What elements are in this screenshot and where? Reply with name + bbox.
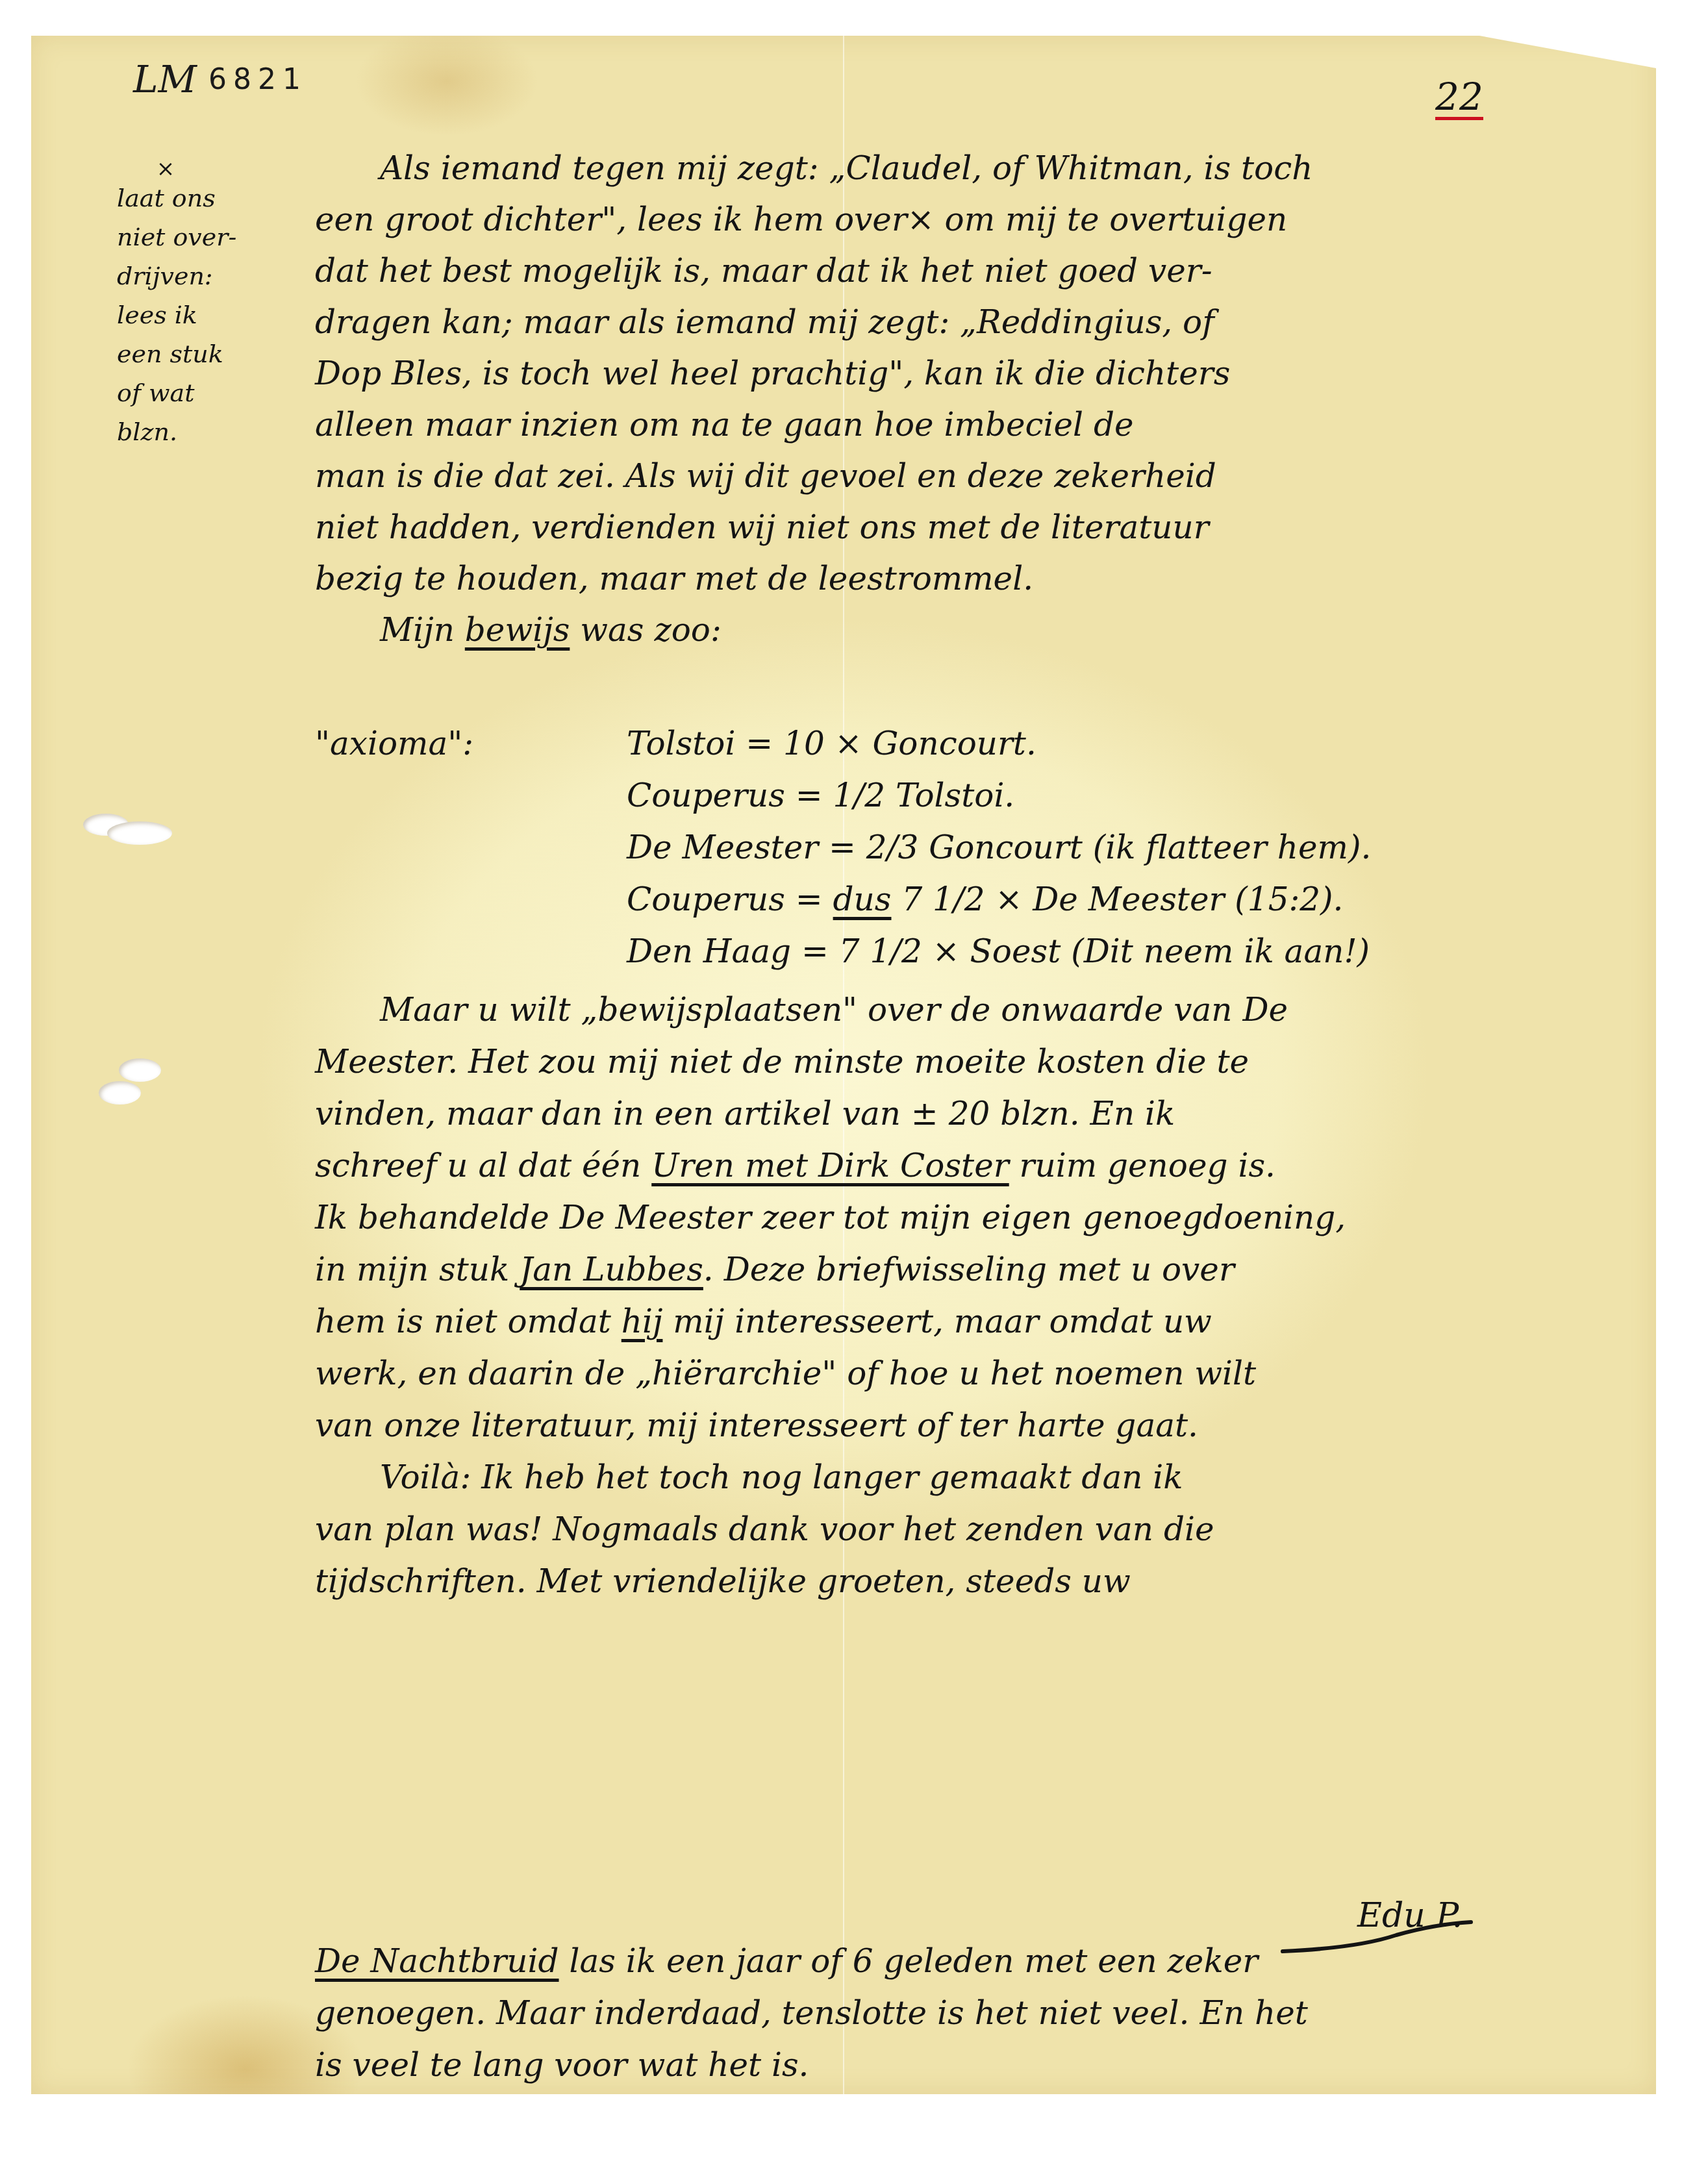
text-fragment: . Deze briefwisseling met u over bbox=[703, 1251, 1235, 1288]
text-fragment: 7 1/2 × De Meester (15:2). bbox=[891, 881, 1343, 918]
proof-intro: Mijn bewijs was zoo: bbox=[315, 605, 1614, 656]
punch-hole bbox=[107, 821, 172, 845]
text-line: werk, en daarin de „hiërarchie" of hoe u… bbox=[315, 1347, 1614, 1399]
text-line: Dop Bles, is toch wel heel prachtig", ka… bbox=[315, 348, 1614, 399]
equation-label bbox=[315, 925, 627, 977]
margin-line: lees ik bbox=[117, 295, 214, 334]
text-fragment: las ik een jaar of 6 geleden met een zek… bbox=[559, 1942, 1259, 1980]
text-line: Maar u wilt „bewijsplaatsen" over de onw… bbox=[315, 984, 1614, 1036]
axiom-equations: "axioma":Tolstoi = 10 × Goncourt. Couper… bbox=[315, 718, 1371, 977]
equation-label bbox=[315, 769, 627, 821]
text-fragment: Couperus = bbox=[627, 881, 833, 918]
equation-row: "axioma":Tolstoi = 10 × Goncourt. bbox=[315, 718, 1371, 769]
text-line: is veel te lang voor wat het is. bbox=[315, 2039, 1614, 2091]
text-fragment: Mijn bbox=[380, 611, 465, 649]
text-line: bezig te houden, maar met de leestrommel… bbox=[315, 553, 1614, 605]
equation: Den Haag = 7 1/2 × Soest (Dit neem ik aa… bbox=[627, 925, 1370, 977]
text-line: alleen maar inzien om na te gaan hoe imb… bbox=[315, 399, 1614, 451]
equation: Couperus = dus 7 1/2 × De Meester (15:2)… bbox=[627, 873, 1344, 925]
text-line: dragen kan; maar als iemand mij zegt: „R… bbox=[315, 297, 1614, 348]
text-line: genoegen. Maar inderdaad, tenslotte is h… bbox=[315, 1987, 1614, 2039]
margin-line: een stuk bbox=[117, 334, 214, 373]
text-line: niet hadden, verdienden wij niet ons met… bbox=[315, 502, 1614, 553]
text-fragment: was zoo: bbox=[570, 611, 721, 649]
margin-note: × laat ons niet over- drijven: lees ik e… bbox=[117, 159, 214, 451]
text-line: man is die dat zei. Als wij dit gevoel e… bbox=[315, 451, 1614, 502]
punch-hole bbox=[99, 1081, 141, 1105]
paragraph-1: Als iemand tegen mij zegt: „Claudel, of … bbox=[315, 143, 1614, 656]
text-line: Als iemand tegen mij zegt: „Claudel, of … bbox=[315, 143, 1614, 194]
text-line: De Nachtbruid las ik een jaar of 6 geled… bbox=[315, 1935, 1614, 1987]
margin-line: laat ons bbox=[117, 179, 214, 218]
equation-label bbox=[315, 873, 627, 925]
book-title: De Nachtbruid bbox=[315, 1942, 559, 1980]
equation-label bbox=[315, 821, 627, 873]
margin-line: niet over- bbox=[117, 218, 214, 256]
equation-label: "axioma": bbox=[315, 718, 627, 769]
page-number: 22 bbox=[1435, 78, 1483, 120]
margin-line: blzn. bbox=[117, 412, 214, 451]
archive-number: 6821 bbox=[208, 63, 307, 96]
text-line: tijdschriften. Met vriendelijke groeten,… bbox=[315, 1555, 1614, 1607]
margin-line: of wat bbox=[117, 373, 214, 412]
text-line: Ik behandelde De Meester zeer tot mijn e… bbox=[315, 1192, 1614, 1244]
text-line: schreef u al dat één Uren met Dirk Coste… bbox=[315, 1140, 1614, 1192]
book-title: Uren met Dirk Coster bbox=[651, 1147, 1009, 1184]
text-line: Meester. Het zou mij niet de minste moei… bbox=[315, 1036, 1614, 1088]
footnote-marker-icon: × bbox=[117, 159, 214, 179]
paragraph-2-3: Maar u wilt „bewijsplaatsen" over de onw… bbox=[315, 984, 1614, 1607]
text-line: een groot dichter", lees ik hem over× om… bbox=[315, 194, 1614, 245]
text-fragment: schreef u al dat één bbox=[315, 1147, 651, 1184]
text-line: Voilà: Ik heb het toch nog langer gemaak… bbox=[315, 1451, 1614, 1503]
equation-row: Couperus = 1/2 Tolstoi. bbox=[315, 769, 1371, 821]
text-fragment: mij interesseert, maar omdat uw bbox=[662, 1303, 1211, 1340]
lion-monogram-icon: LM bbox=[133, 57, 197, 101]
equation: Tolstoi = 10 × Goncourt. bbox=[627, 718, 1036, 769]
equation-row: De Meester = 2/3 Goncourt (ik flatteer h… bbox=[315, 821, 1371, 873]
essay-title: Jan Lubbes bbox=[520, 1251, 703, 1288]
text-fragment: ruim genoeg is. bbox=[1009, 1147, 1275, 1184]
text-line: in mijn stuk Jan Lubbes. Deze briefwisse… bbox=[315, 1244, 1614, 1295]
archive-stamp: LM 6821 bbox=[133, 57, 307, 101]
underlined-word: dus bbox=[833, 881, 892, 918]
text-fragment: hem is niet omdat bbox=[315, 1303, 622, 1340]
equation: Couperus = 1/2 Tolstoi. bbox=[627, 769, 1014, 821]
text-line: hem is niet omdat hij mij interesseert, … bbox=[315, 1295, 1614, 1347]
text-line: van onze literatuur, mij interesseert of… bbox=[315, 1399, 1614, 1451]
text-line: dat het best mogelijk is, maar dat ik he… bbox=[315, 245, 1614, 297]
text-fragment: in mijn stuk bbox=[315, 1251, 520, 1288]
postscript: De Nachtbruid las ik een jaar of 6 geled… bbox=[315, 1935, 1614, 2091]
equation: De Meester = 2/3 Goncourt (ik flatteer h… bbox=[627, 821, 1371, 873]
underlined-word: hij bbox=[622, 1303, 663, 1340]
punch-hole bbox=[119, 1058, 161, 1082]
underlined-word: bewijs bbox=[465, 611, 570, 649]
equation-row: Den Haag = 7 1/2 × Soest (Dit neem ik aa… bbox=[315, 925, 1371, 977]
text-line: vinden, maar dan in een artikel van ± 20… bbox=[315, 1088, 1614, 1140]
equation-row: Couperus = dus 7 1/2 × De Meester (15:2)… bbox=[315, 873, 1371, 925]
margin-line: drijven: bbox=[117, 256, 214, 295]
text-line: van plan was! Nogmaals dank voor het zen… bbox=[315, 1503, 1614, 1555]
